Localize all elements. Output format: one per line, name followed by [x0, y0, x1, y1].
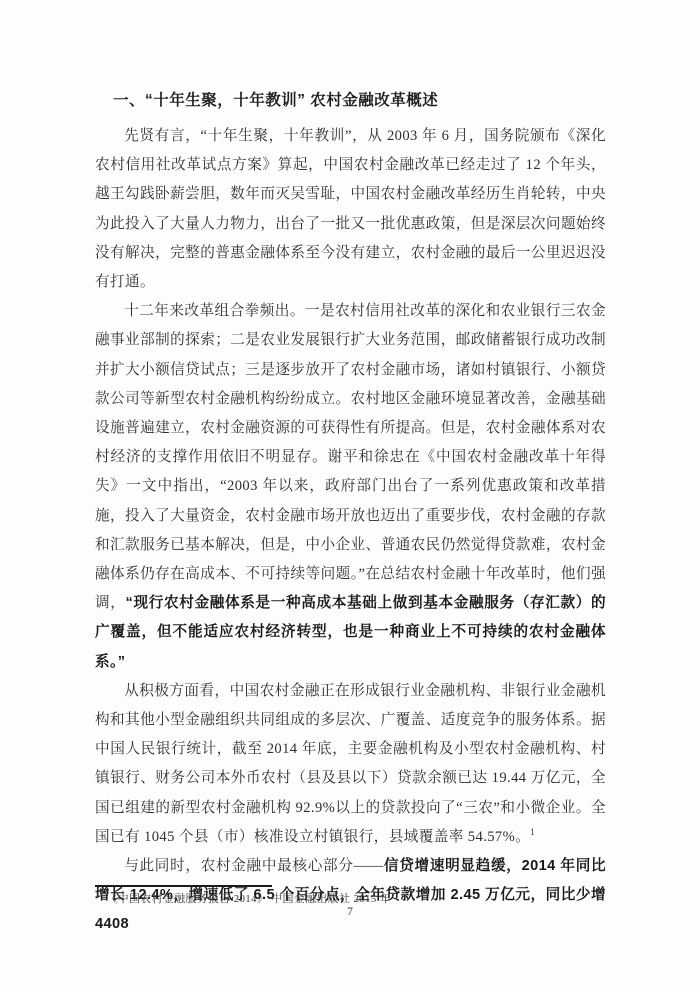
paragraph-4-text: 与此同时，农村金融中最核心部分——	[124, 858, 383, 874]
document-page: 一、“十年生聚，十年教训” 农村金融改革概述 先贤有言，“十年生聚，十年教训”，…	[0, 0, 700, 990]
section-heading: 一、“十年生聚，十年教训” 农村金融改革概述	[113, 86, 606, 115]
text-block: 一、“十年生聚，十年教训” 农村金融改革概述 先贤有言，“十年生聚，十年教训”，…	[95, 86, 606, 940]
paragraph-3: 从积极方面看，中国农村金融正在形成银行业金融机构、非银行业金融机构和其他小型金融…	[95, 677, 606, 852]
paragraph-2-bold-quote: “现行农村金融体系是一种高成本基础上做到基本金融服务（存汇款）的广覆盖，但不能适…	[95, 595, 606, 669]
paragraph-2: 十二年来改革组合拳频出。一是农村信用社改革的深化和农业银行三农金融事业部制的探索…	[95, 297, 606, 677]
page-number: 7	[0, 906, 700, 918]
footnote-reference: 1	[530, 827, 535, 837]
footnote-separator	[95, 885, 272, 887]
paragraph-1-text: 先贤有言，“十年生聚，十年教训”，从 2003 年 6 月，国务院颁布《深化农村…	[95, 128, 606, 290]
footnote-marker: 1	[95, 890, 99, 899]
paragraph-1: 先贤有言，“十年生聚，十年教训”，从 2003 年 6 月，国务院颁布《深化农村…	[95, 122, 606, 297]
paragraph-3-text: 从积极方面看，中国农村金融正在形成银行业金融机构、非银行业金融机构和其他小型金融…	[95, 683, 606, 845]
footnote-text: 《中国农村金融服务报告 2014》 中国金融出版社 2015 年	[106, 893, 391, 905]
paragraph-2-text: 十二年来改革组合拳频出。一是农村信用社改革的深化和农业银行三农金融事业部制的探索…	[95, 303, 606, 611]
footnote: 1《中国农村金融服务报告 2014》 中国金融出版社 2015 年	[95, 892, 606, 907]
